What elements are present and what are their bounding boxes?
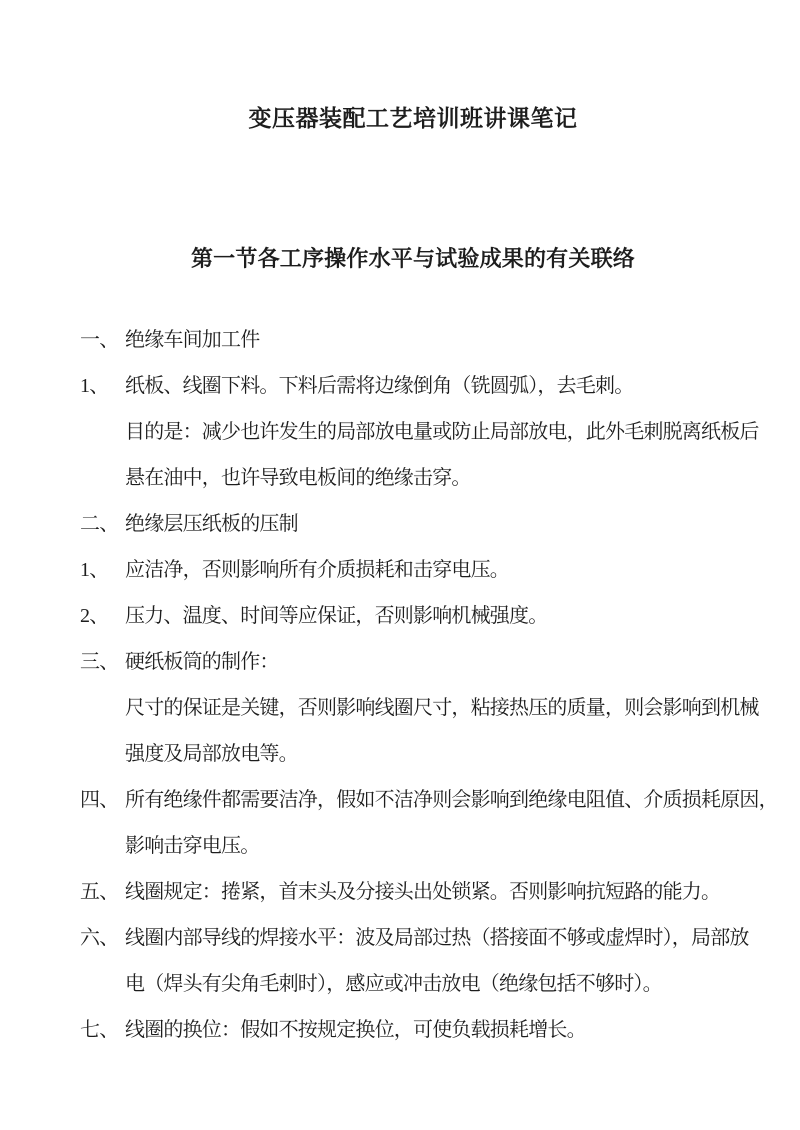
line-text: 绝缘层压纸板的压制 [125, 512, 746, 551]
list-marker: 五、 [80, 880, 125, 919]
line-text: 所有绝缘件都需要洁净，假如不洁净则会影响到绝缘电阻值、介质损耗原因， [125, 788, 778, 827]
line-text: 强度及局部放电等。 [125, 742, 746, 781]
list-marker: 三、 [80, 650, 125, 689]
document-body: 一、 绝缘车间加工件 1、 纸板、线圈下料。下料后需将边缘倒角（铣圆弧），去毛刺… [80, 321, 746, 1057]
line-text: 影响击穿电压。 [125, 834, 746, 873]
document-line: 2、 压力、温度、时间等应保证，否则影响机械强度。 [80, 597, 746, 643]
line-text: 绝缘车间加工件 [125, 328, 746, 367]
document-line: 二、 绝缘层压纸板的压制 [80, 505, 746, 551]
document-line: 悬在油中，也许导致电板间的绝缘击穿。 [80, 459, 746, 505]
line-text: 悬在油中，也许导致电板间的绝缘击穿。 [125, 466, 746, 505]
list-marker: 六、 [80, 926, 125, 965]
document-line: 一、 绝缘车间加工件 [80, 321, 746, 367]
list-marker: 二、 [80, 512, 125, 551]
list-marker: 四、 [80, 788, 125, 827]
line-text: 应洁净，否则影响所有介质损耗和击穿电压。 [125, 558, 746, 597]
document-line: 六、 线圈内部导线的焊接水平：波及局部过热（搭接面不够或虚焊时），局部放 [80, 919, 746, 965]
line-text: 硬纸板筒的制作： [125, 650, 746, 689]
document-line: 影响击穿电压。 [80, 827, 746, 873]
document-line: 七、 线圈的换位：假如不按规定换位，可使负载损耗增长。 [80, 1011, 746, 1057]
list-marker: 一、 [80, 328, 125, 367]
document-line: 1、 应洁净，否则影响所有介质损耗和击穿电压。 [80, 551, 746, 597]
section-heading: 第一节各工序操作水平与试验成果的有关联络 [80, 244, 746, 274]
document-line: 三、 硬纸板筒的制作： [80, 643, 746, 689]
line-text: 尺寸的保证是关键，否则影响线圈尺寸，粘接热压的质量，则会影响到机械 [125, 696, 759, 735]
document-line: 五、 线圈规定：捲紧，首末头及分接头出处锁紧。否则影响抗短路的能力。 [80, 873, 746, 919]
line-text: 目的是：减少也许发生的局部放电量或防止局部放电，此外毛刺脱离纸板后 [125, 420, 759, 459]
line-text: 压力、温度、时间等应保证，否则影响机械强度。 [125, 604, 746, 643]
line-text: 电（焊头有尖角毛刺时），感应或冲击放电（绝缘包括不够时）。 [125, 972, 746, 1011]
line-text: 线圈规定：捲紧，首末头及分接头出处锁紧。否则影响抗短路的能力。 [125, 880, 746, 919]
document-page: 变压器装配工艺培训班讲课笔记 第一节各工序操作水平与试验成果的有关联络 一、 绝… [0, 0, 800, 1130]
line-text: 线圈内部导线的焊接水平：波及局部过热（搭接面不够或虚焊时），局部放 [125, 926, 749, 965]
line-text: 线圈的换位：假如不按规定换位，可使负载损耗增长。 [125, 1018, 746, 1057]
list-marker: 2、 [80, 604, 125, 643]
document-line: 四、 所有绝缘件都需要洁净，假如不洁净则会影响到绝缘电阻值、介质损耗原因， [80, 781, 746, 827]
list-marker [80, 834, 125, 873]
document-line: 尺寸的保证是关键，否则影响线圈尺寸，粘接热压的质量，则会影响到机械 [80, 689, 746, 735]
document-line: 电（焊头有尖角毛刺时），感应或冲击放电（绝缘包括不够时）。 [80, 965, 746, 1011]
document-title: 变压器装配工艺培训班讲课笔记 [80, 0, 746, 134]
list-marker [80, 972, 125, 1011]
list-marker [80, 466, 125, 505]
list-marker [80, 742, 125, 781]
list-marker: 1、 [80, 374, 125, 413]
list-marker [80, 696, 125, 735]
document-line: 强度及局部放电等。 [80, 735, 746, 781]
line-text: 纸板、线圈下料。下料后需将边缘倒角（铣圆弧），去毛刺。 [125, 374, 746, 413]
list-marker: 七、 [80, 1018, 125, 1057]
list-marker [80, 420, 125, 459]
document-line: 目的是：减少也许发生的局部放电量或防止局部放电，此外毛刺脱离纸板后 [80, 413, 746, 459]
list-marker: 1、 [80, 558, 125, 597]
document-line: 1、 纸板、线圈下料。下料后需将边缘倒角（铣圆弧），去毛刺。 [80, 367, 746, 413]
